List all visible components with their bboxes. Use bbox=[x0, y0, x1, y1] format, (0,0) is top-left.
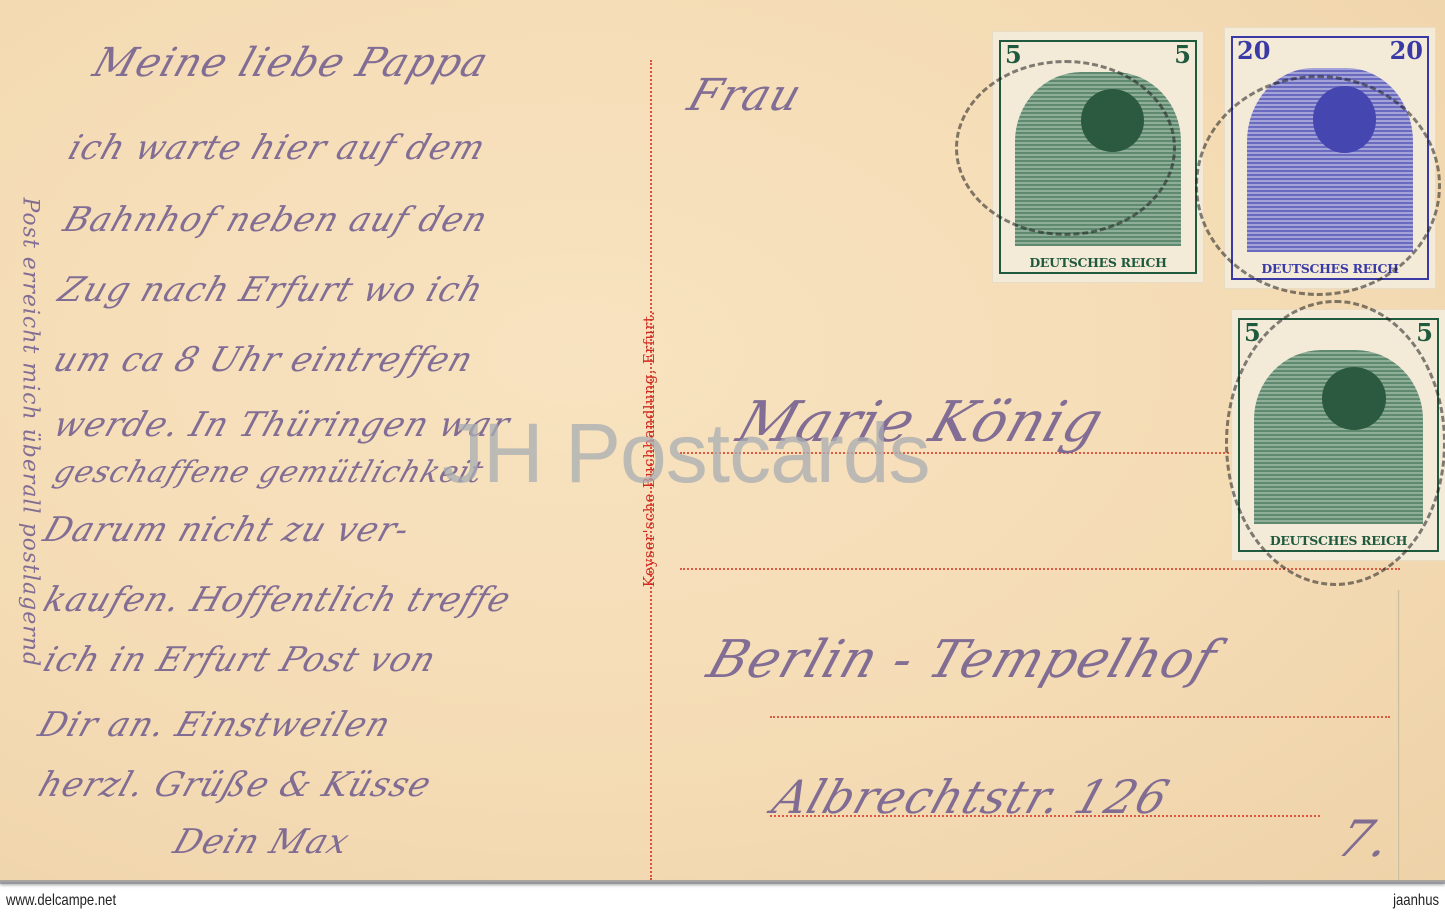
address-salutation: Frau bbox=[682, 70, 809, 121]
card-shadow bbox=[0, 880, 1445, 884]
message-line: Dir an. Einstweilen bbox=[34, 705, 397, 745]
stamp-denomination: 5 bbox=[1005, 40, 1022, 69]
stamp-country: DEUTSCHES REICH bbox=[1001, 255, 1195, 270]
address-city: Berlin - Tempelhof bbox=[700, 630, 1224, 690]
footer-seller: jaanhus bbox=[1393, 892, 1439, 910]
postmark-icon bbox=[1195, 75, 1441, 296]
address-line-3 bbox=[770, 716, 1390, 718]
postmark-icon bbox=[955, 60, 1176, 236]
address-mark: 7. bbox=[1331, 810, 1400, 868]
side-note: Post erreicht mich überall postlagernd bbox=[18, 198, 43, 668]
stamp-denomination: 20 bbox=[1390, 36, 1423, 65]
footer-source-link[interactable]: www.delcampe.net bbox=[6, 892, 116, 910]
message-line: Meine liebe Pappa bbox=[88, 40, 495, 86]
address-street: Albrechtstr. 126 bbox=[766, 770, 1176, 824]
message-line: geschaffene gemütlichkeit bbox=[49, 455, 488, 490]
stamp-denomination: 20 bbox=[1237, 36, 1270, 65]
message-line: um ca 8 Uhr eintreffen bbox=[49, 340, 479, 380]
message-line: Zug nach Erfurt wo ich bbox=[54, 270, 489, 310]
postcard: Post erreicht mich überall postlagernd M… bbox=[0, 0, 1445, 882]
watermark: JH Postcards bbox=[442, 405, 930, 502]
message-signature: Dein Max bbox=[169, 822, 355, 862]
card-fold bbox=[1396, 590, 1398, 880]
message-line: Bahnhof neben auf den bbox=[59, 200, 494, 240]
message-line: herzl. Grüße & Küsse bbox=[34, 765, 437, 805]
message-line: ich in Erfurt Post von bbox=[39, 640, 442, 680]
message-line: Darum nicht zu ver- bbox=[39, 510, 416, 550]
postmark-icon bbox=[1225, 300, 1445, 586]
stamp-denomination: 5 bbox=[1416, 318, 1433, 347]
message-line: ich warte hier auf dem bbox=[64, 128, 491, 168]
message-line: kaufen. Hoffentlich treffe bbox=[39, 580, 517, 620]
stamp-denomination: 5 bbox=[1174, 40, 1191, 69]
